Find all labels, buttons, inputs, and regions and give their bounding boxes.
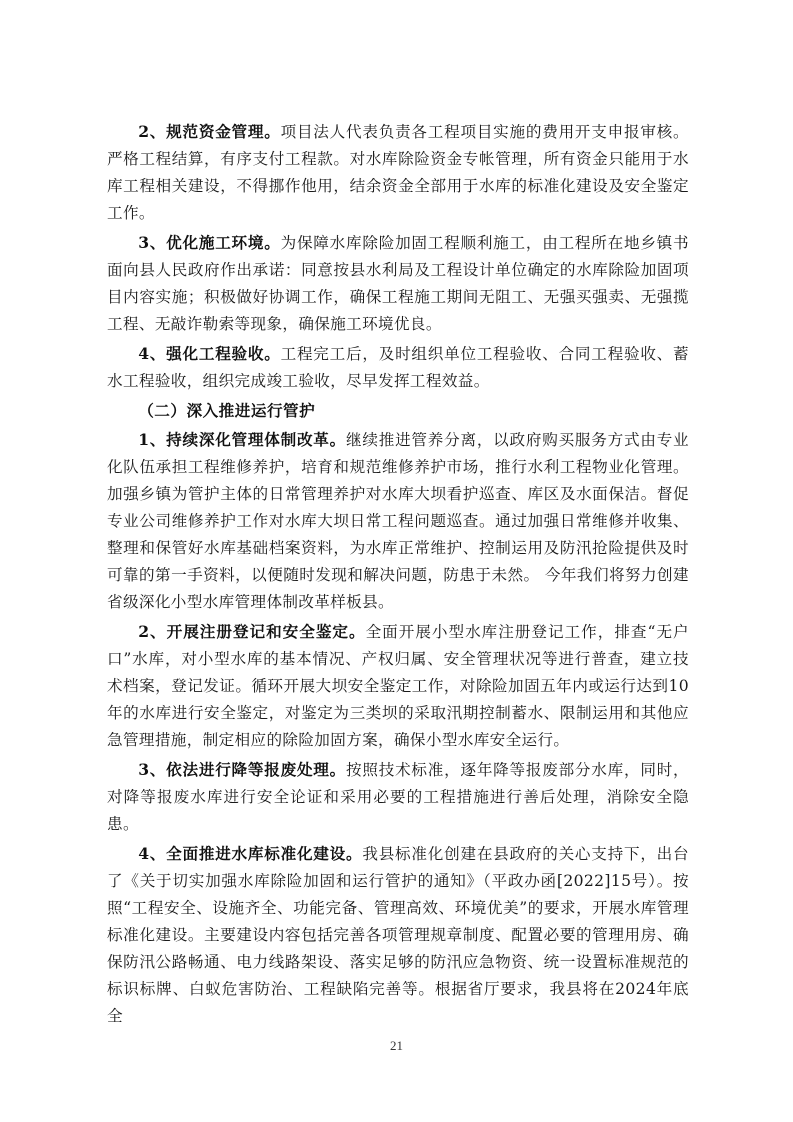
document-page: 2、规范资金管理。项目法人代表负责各工程项目实施的费用开支申报审核。严格工程结算… (0, 0, 793, 1122)
paragraph-downgrade-scrap: 3、依法进行降等报废处理。按照技术标准，逐年降等报废部分水库，同时，对降等报废水… (107, 756, 689, 838)
paragraph-text: 全面开展小型水库注册登记工作，排查“无户口”水库，对小型水库的基本情况、产权归属… (107, 623, 689, 749)
paragraph-registration-safety: 2、开展注册登记和安全鉴定。全面开展小型水库注册登记工作，排查“无户口”水库，对… (107, 618, 689, 754)
page-number: 21 (0, 1038, 793, 1054)
paragraph-lead: 2、开展注册登记和安全鉴定。 (138, 622, 365, 641)
paragraph-lead: 3、优化施工环境。 (138, 233, 280, 252)
paragraph-acceptance: 4、强化工程验收。工程完工后，及时组织单位工程验收、合同工程验收、蓄水工程验收，… (107, 340, 689, 395)
paragraph-lead: 1、持续深化管理体制改革。 (138, 430, 346, 449)
paragraph-construction-environment: 3、优化施工环境。为保障水库除险加固工程顺利施工，由工程所在地乡镇书面向县人民政… (107, 229, 689, 338)
paragraph-lead: 3、依法进行降等报废处理。 (138, 760, 346, 779)
page-body: 2、规范资金管理。项目法人代表负责各工程项目实施的费用开支申报审核。严格工程结算… (107, 118, 689, 1032)
section-heading: （二）深入推进运行管护 (107, 397, 689, 424)
paragraph-lead: 4、全面推进水库标准化建设。 (138, 844, 362, 863)
paragraph-text: 继续推进管养分离，以政府购买服务方式由专业化队伍承担工程维修养护，培育和规范维修… (107, 431, 689, 611)
paragraph-text: 我县标准化创建在县政府的关心支持下，出台了《关于切实加强水库除险加固和运行管护的… (107, 845, 689, 1025)
paragraph-management-reform: 1、持续深化管理体制改革。继续推进管养分离，以政府购买服务方式由专业化队伍承担工… (107, 426, 689, 616)
paragraph-standardization: 4、全面推进水库标准化建设。我县标准化创建在县政府的关心支持下，出台了《关于切实… (107, 840, 689, 1030)
paragraph-lead: 2、规范资金管理。 (138, 122, 280, 141)
paragraph-lead: 4、强化工程验收。 (138, 344, 280, 363)
paragraph-fund-management: 2、规范资金管理。项目法人代表负责各工程项目实施的费用开支申报审核。严格工程结算… (107, 118, 689, 227)
